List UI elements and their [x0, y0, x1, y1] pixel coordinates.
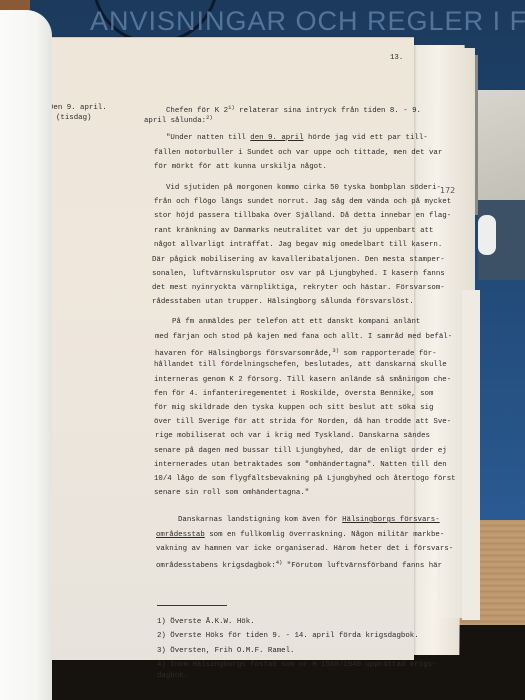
text-line: stor höjd passera tillbaka över Själland…: [154, 212, 451, 220]
text-line: något allvarligt inträffat. Jag begav mi…: [154, 241, 442, 249]
white-glove: [478, 215, 496, 255]
text-line: "Under natten till den 9. april hörde ja…: [166, 134, 428, 142]
text-line: fen för 4. infanteriregementet i Roskild…: [154, 390, 433, 398]
text-line: interneras genom K 2 försorg. Till kaser…: [154, 376, 451, 384]
footnote: 1) Överste Å.K.W. Hök.: [157, 618, 255, 626]
text-line: Där pågick mobilisering av kavalleribata…: [152, 256, 445, 264]
text-line: det mest nyinryckta värnpliktiga, rekryt…: [152, 284, 445, 292]
text-line: för mig skildrade den tyska kuppen och s…: [154, 404, 433, 412]
text-line: rant kränkning av Danmarks neutralitet v…: [154, 227, 433, 235]
footnote: 2) Överste Höks för tiden 9. - 14. april…: [157, 632, 419, 640]
text-line: med färjan och stod på kajen med fana oc…: [155, 333, 452, 341]
text-line: På fm anmäldes per telefon att ett dansk…: [172, 318, 420, 326]
text-line: vakning av hamnen var icke organiserad. …: [156, 545, 453, 553]
text-line: sonalen, luftvärnskulsprutor osv var på …: [152, 270, 445, 278]
text-line: för mörkt för att kunna urskilja något.: [154, 163, 327, 171]
text-line: internerades utan betraktades som "omhän…: [154, 461, 447, 469]
text-line: 10/4 lågo de som flygfältsbevakning på L…: [154, 475, 456, 483]
text-line: hållandet till fördelningschefen, beslut…: [154, 361, 447, 369]
text-line: senare på dagen med bussar till Ljungbyh…: [154, 447, 447, 455]
curled-page: [0, 10, 52, 700]
text-line: senare sin roll som omhändertagna.": [154, 489, 309, 497]
text-line: Vid sjutiden på morgonen kommo cirka 50 …: [166, 184, 441, 192]
side-annotation: 172: [440, 186, 455, 195]
page-number: 13.: [390, 54, 403, 62]
text-line: april sålunda:2): [144, 114, 213, 125]
footnote: 3) Översten, Frih O.M.F. Ramel.: [157, 647, 295, 655]
text-line: Danskarnas landstigning kom även för Häl…: [178, 516, 440, 524]
footnote: 4) Inom Hälsingborgs fostab som nr H 156…: [157, 661, 436, 669]
text-line: rådesstaben utan trupper. Hälsingborg så…: [152, 298, 414, 306]
banner-text: ANVISNINGAR OCH REGLER I FÖ: [90, 6, 525, 37]
text-line: över till Sverige för att strida för Nor…: [154, 418, 451, 426]
text-line: områdesstab som en fullkomlig överraskni…: [156, 531, 444, 539]
text-line: från och flögo längs sundet norrut. Jag …: [154, 198, 451, 206]
text-line: områdesstabens krigsdagbok:4) "Förutom l…: [156, 559, 442, 570]
margin-note-date: Den 9. april.: [49, 104, 107, 112]
footnote-rule: [157, 605, 227, 606]
text-line: havaren för Hälsingborgs försvarsområde,…: [155, 347, 437, 358]
footnote: dagbok.: [157, 672, 188, 680]
margin-note-day: (tisdag): [56, 114, 91, 122]
text-line: fällen motorbuller i Sundet och var uppe…: [154, 149, 442, 157]
back-sheet: [462, 290, 480, 620]
text-line: rige mobiliserat och var i krig med Tysk…: [155, 432, 430, 440]
